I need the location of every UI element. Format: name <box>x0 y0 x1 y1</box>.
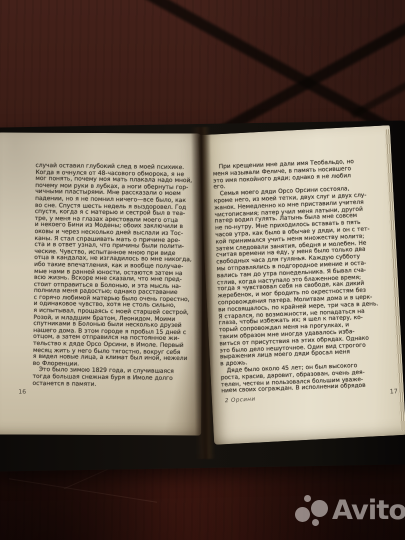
book-photo: случай оставил глубокий след в моей псих… <box>0 0 405 540</box>
left-page-text: случай оставил глубокий след в моей псих… <box>32 163 198 389</box>
left-page-number: 16 <box>18 389 26 396</box>
wood-scratch <box>9 478 157 502</box>
right-page-text: При крещении мне дали имя Теобальдо, но … <box>213 158 397 396</box>
right-page: При крещении мне дали имя Теобальдо, но … <box>198 125 405 445</box>
printers-signature: 2 Орсини <box>225 397 256 405</box>
left-page: случай оставил глубокий след в моей псих… <box>0 132 203 435</box>
avito-watermark: Avito <box>295 493 405 529</box>
avito-logo-icon <box>295 493 329 529</box>
avito-wordmark: Avito <box>332 493 405 529</box>
right-page-number: 17 <box>390 388 398 395</box>
